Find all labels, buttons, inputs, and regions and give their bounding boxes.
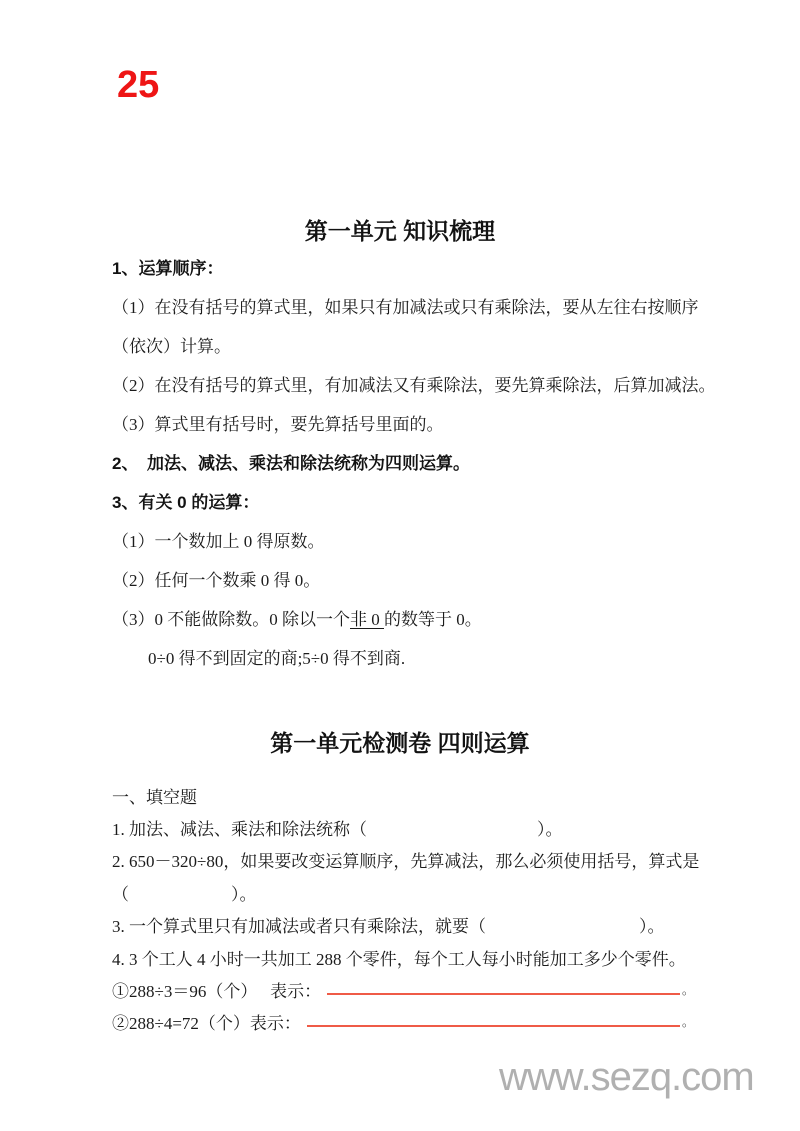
text-segment: ①288÷3＝96（个） 表示：: [112, 977, 321, 1002]
text-line: （ ）。: [112, 876, 694, 908]
text-line: 3、有关 0 的运算：: [112, 481, 694, 520]
text-segment: （ ）。: [112, 880, 257, 905]
text-segment: （1）一个数加上 0 得原数。: [112, 527, 325, 552]
text-line: 2. 650－320÷80，如果要改变运算顺序，先算减法，那么必须使用括号，算式…: [112, 844, 694, 876]
text-segment: （2）任何一个数乘 0 得 0。: [112, 566, 320, 591]
page-number: 25: [117, 66, 159, 104]
section2-body: 一、填空题1. 加法、减法、乘法和除法统称（ ）。2. 650－320÷80，如…: [112, 779, 694, 1038]
text-segment: 一、填空题: [112, 783, 197, 808]
text-segment: （2）在没有括号的算式里，有加减法又有乘除法，要先算乘除法，后算加减法。: [112, 371, 716, 396]
text-line: 3. 一个算式里只有加减法或者只有乘除法，就要（ ）。: [112, 909, 694, 941]
text-segment: （1）在没有括号的算式里，如果只有加减法或只有乘除法，要从左往右按顺序: [112, 293, 699, 318]
text-segment: 0÷0 得不到固定的商;5÷0 得不到商.: [148, 644, 405, 669]
text-line: （1）一个数加上 0 得原数。: [112, 520, 694, 559]
text-line: 一、填空题: [112, 779, 694, 811]
text-line: 0÷0 得不到固定的商;5÷0 得不到商.: [112, 637, 694, 676]
worksheet-page: 25 第一单元 知识梳理 1、运算顺序：（1）在没有括号的算式里，如果只有加减法…: [0, 0, 800, 1131]
text-segment: 2. 650－320÷80，如果要改变运算顺序，先算减法，那么必须使用括号，算式…: [112, 847, 699, 872]
watermark: www.sezq.com: [499, 1053, 754, 1101]
section2-title: 第一单元检测卷 四则运算: [0, 728, 800, 758]
text-segment: 4. 3 个工人 4 小时一共加工 288 个零件，每个工人每小时能加工多少个零…: [112, 945, 686, 970]
section1-title: 第一单元 知识梳理: [0, 216, 800, 246]
text-line: （3）0 不能做除数。0 除以一个非 0 的数等于 0。: [112, 598, 694, 637]
text-segment: （依次）计算。: [112, 332, 231, 357]
answer-blank-line: [307, 1010, 680, 1027]
text-line: ②288÷4=72（个）表示：。: [112, 1006, 694, 1038]
text-segment: 3. 一个算式里只有加减法或者只有乘除法，就要（ ）。: [112, 912, 665, 937]
text-segment: 1. 加法、减法、乘法和除法统称（ ）。: [112, 815, 563, 840]
text-segment: 1、运算顺序：: [112, 254, 223, 279]
text-segment: （3）0 不能做除数。0 除以一个: [112, 605, 350, 630]
text-segment: 。: [682, 981, 694, 998]
text-line: （依次）计算。: [112, 325, 694, 364]
answer-blank-line: [327, 978, 680, 995]
text-line: 1. 加法、减法、乘法和除法统称（ ）。: [112, 811, 694, 843]
text-segment: 2、 加法、减法、乘法和除法统称为四则运算。: [112, 449, 470, 474]
text-segment: 的数等于 0。: [384, 605, 482, 630]
text-segment: 3、有关 0 的运算：: [112, 488, 259, 513]
section1-body: 1、运算顺序：（1）在没有括号的算式里，如果只有加减法或只有乘除法，要从左往右按…: [112, 247, 694, 676]
text-segment: 。: [682, 1013, 694, 1030]
text-line: ①288÷3＝96（个） 表示：。: [112, 973, 694, 1005]
text-line: 4. 3 个工人 4 小时一共加工 288 个零件，每个工人每小时能加工多少个零…: [112, 941, 694, 973]
text-line: （1）在没有括号的算式里，如果只有加减法或只有乘除法，要从左往右按顺序: [112, 286, 694, 325]
text-line: （2）任何一个数乘 0 得 0。: [112, 559, 694, 598]
text-line: 1、运算顺序：: [112, 247, 694, 286]
text-segment: ②288÷4=72（个）表示：: [112, 1009, 301, 1034]
text-line: （2）在没有括号的算式里，有加减法又有乘除法，要先算乘除法，后算加减法。: [112, 364, 694, 403]
text-line: （3）算式里有括号时，要先算括号里面的。: [112, 403, 694, 442]
text-line: 2、 加法、减法、乘法和除法统称为四则运算。: [112, 442, 694, 481]
text-segment: （3）算式里有括号时，要先算括号里面的。: [112, 410, 444, 435]
underlined-text: 非 0: [350, 605, 384, 630]
